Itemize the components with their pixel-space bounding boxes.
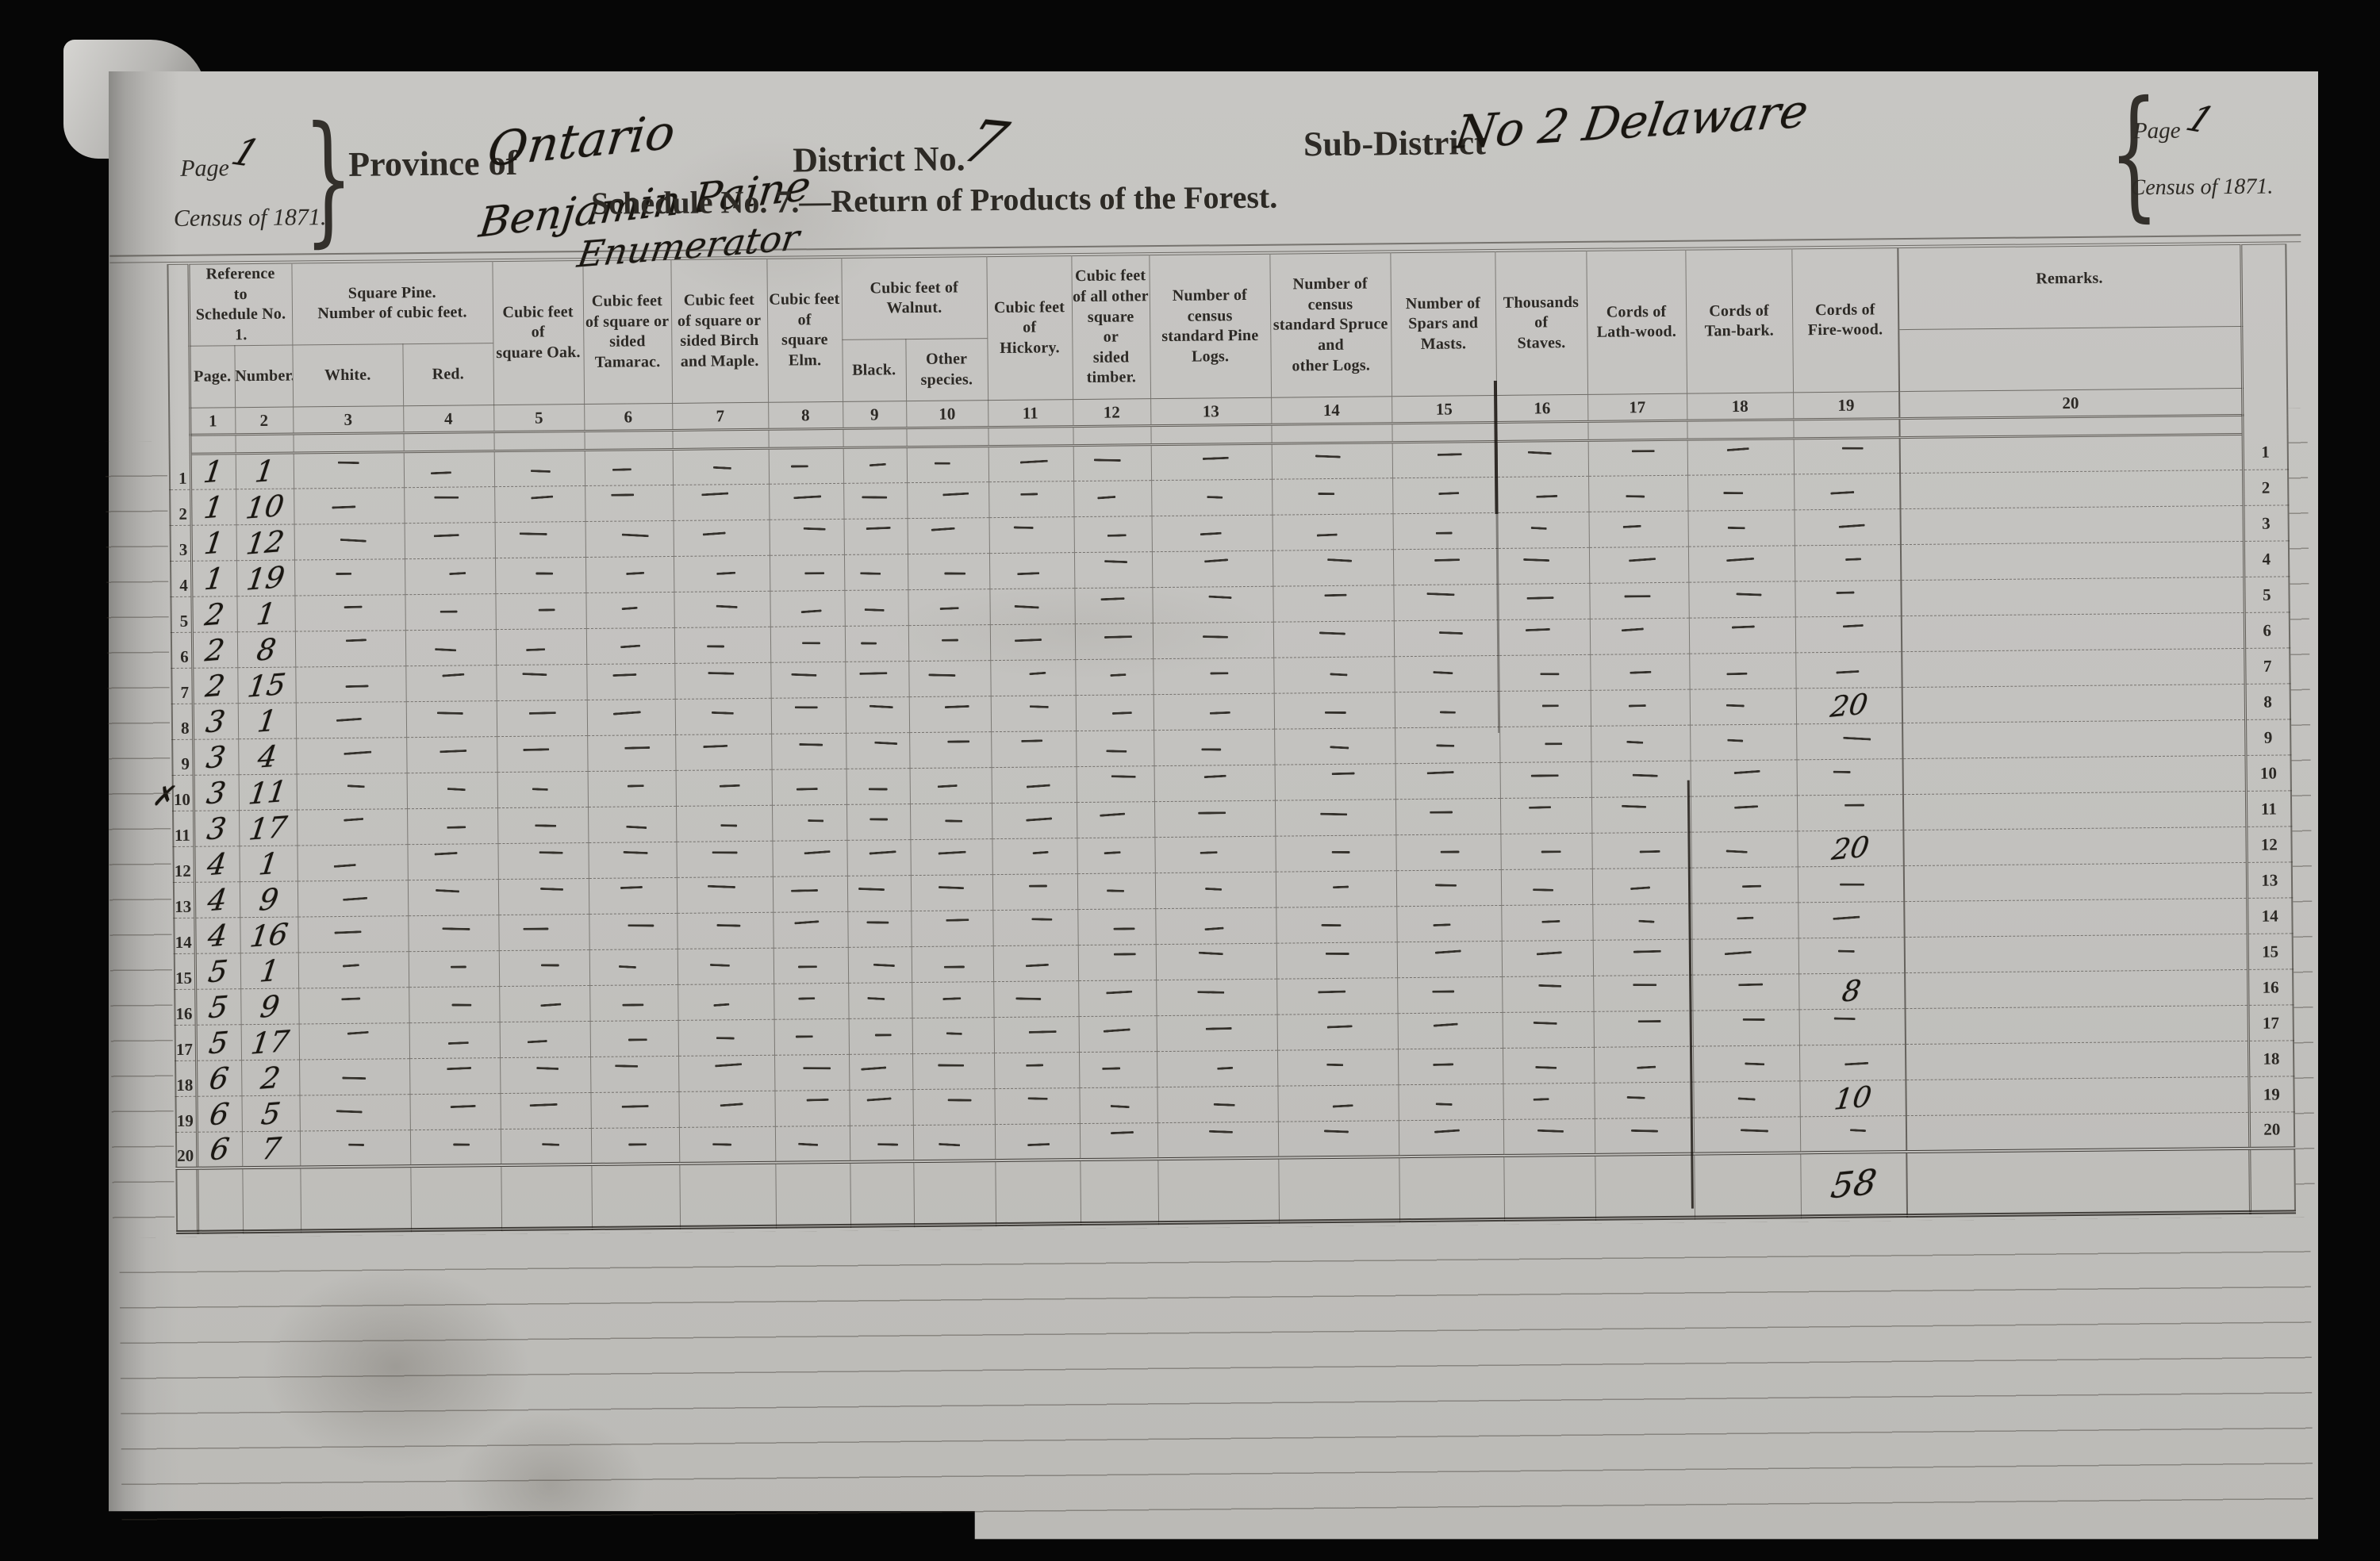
nil-cell bbox=[909, 696, 991, 733]
nil-dash-mark bbox=[1017, 572, 1039, 575]
nil-dash-mark bbox=[540, 965, 559, 967]
column-number: 6 bbox=[584, 404, 672, 431]
nil-cell bbox=[1276, 871, 1396, 907]
number-ref-value: 17 bbox=[247, 810, 289, 846]
nil-dash-mark bbox=[333, 864, 355, 868]
nil-cell bbox=[498, 879, 589, 915]
nil-cell bbox=[297, 809, 407, 846]
nil-cell bbox=[769, 448, 843, 485]
nil-dash-mark bbox=[1317, 534, 1338, 537]
nil-dash-mark bbox=[716, 605, 738, 608]
nil-dash-mark bbox=[1540, 673, 1559, 676]
number-ref-value: 1 bbox=[256, 846, 280, 882]
nil-cell bbox=[1157, 1122, 1278, 1160]
nil-cell bbox=[1693, 1045, 1799, 1082]
nil-cell bbox=[989, 517, 1074, 554]
nil-dash-mark bbox=[939, 851, 966, 855]
nil-cell bbox=[1073, 445, 1151, 481]
nil-dash-mark bbox=[947, 741, 969, 743]
nil-cell bbox=[1393, 513, 1498, 550]
nil-dash-mark bbox=[539, 888, 562, 891]
nil-dash-mark bbox=[719, 784, 739, 788]
nil-dash-mark bbox=[1433, 671, 1453, 674]
nil-cell bbox=[844, 590, 908, 627]
nil-cell bbox=[994, 1053, 1079, 1089]
nil-dash-mark bbox=[1323, 1130, 1348, 1133]
band-cell bbox=[1271, 424, 1392, 443]
nil-dash-mark bbox=[344, 818, 363, 822]
page-ref-value: 1 bbox=[202, 489, 226, 525]
nil-dash-mark bbox=[1014, 639, 1041, 642]
nil-cell bbox=[1688, 546, 1795, 582]
column-header: White. bbox=[292, 344, 403, 407]
nil-cell bbox=[1794, 438, 1900, 474]
page-ref-cell: 2 bbox=[191, 596, 236, 633]
nil-cell bbox=[676, 770, 772, 807]
column-header: Number of Spars and Masts. bbox=[1390, 251, 1496, 397]
nil-cell bbox=[1077, 909, 1155, 945]
nil-cell bbox=[585, 521, 674, 558]
row-line-number-right: 20 bbox=[2249, 1112, 2294, 1149]
nil-dash-mark bbox=[626, 572, 644, 575]
page-ref-value: 3 bbox=[205, 811, 228, 846]
nil-cell bbox=[774, 1019, 849, 1056]
nil-dash-mark bbox=[1839, 524, 1865, 528]
nil-cell bbox=[907, 447, 988, 483]
nil-cell bbox=[1499, 619, 1590, 656]
nil-dash-mark bbox=[944, 573, 965, 575]
nil-cell bbox=[300, 1130, 410, 1168]
number-ref-cell: 17 bbox=[239, 810, 297, 846]
nil-dash-mark bbox=[1210, 673, 1228, 675]
nil-dash-mark bbox=[1833, 771, 1850, 773]
nil-cell bbox=[1397, 942, 1502, 978]
nil-cell bbox=[675, 734, 771, 771]
row-line-number-right: 4 bbox=[2244, 541, 2289, 577]
nil-dash-mark bbox=[859, 672, 887, 675]
nil-dash-mark bbox=[1330, 673, 1347, 677]
nil-cell bbox=[409, 1058, 500, 1095]
nil-dash-mark bbox=[1843, 624, 1864, 627]
number-ref-value: 17 bbox=[249, 1024, 291, 1060]
nil-cell bbox=[677, 913, 773, 949]
total-empty-cell bbox=[501, 1164, 592, 1229]
page-ref-cell: 3 bbox=[194, 811, 239, 847]
nil-cell bbox=[1691, 831, 1797, 868]
nil-cell bbox=[775, 1126, 850, 1163]
column-number: 3 bbox=[293, 406, 403, 434]
number-ref-value: 8 bbox=[255, 632, 278, 668]
page-ref-value: 4 bbox=[205, 882, 229, 918]
nil-dash-mark bbox=[791, 673, 816, 677]
nil-dash-mark bbox=[942, 639, 958, 642]
nil-dash-mark bbox=[620, 645, 640, 649]
nil-dash-mark bbox=[808, 819, 823, 822]
number-ref-cell: 1 bbox=[236, 596, 294, 632]
nil-cell bbox=[848, 947, 912, 984]
nil-dash-mark bbox=[1533, 1022, 1557, 1025]
total-firewood-value: 58 bbox=[1829, 1162, 1879, 1206]
nil-dash-mark bbox=[540, 1003, 561, 1007]
nil-cell bbox=[1500, 762, 1591, 799]
nil-cell bbox=[846, 769, 910, 805]
column-number: 5 bbox=[493, 405, 584, 432]
nil-dash-mark bbox=[1529, 807, 1551, 810]
nil-dash-mark bbox=[539, 851, 563, 854]
number-ref-cell: 11 bbox=[239, 774, 297, 811]
nil-cell bbox=[1154, 730, 1274, 766]
band-cell bbox=[672, 430, 768, 450]
nil-dash-mark bbox=[1726, 673, 1747, 676]
nil-cell bbox=[295, 666, 405, 703]
row-line-number: 2 bbox=[170, 490, 190, 526]
nil-cell bbox=[678, 949, 773, 985]
number-ref-cell: 5 bbox=[241, 1095, 299, 1132]
nil-dash-mark bbox=[1536, 952, 1561, 956]
page-ref-cell: 5 bbox=[196, 1025, 241, 1061]
nil-dash-mark bbox=[1434, 559, 1460, 562]
nil-dash-mark bbox=[343, 897, 367, 901]
nil-cell bbox=[1691, 867, 1798, 903]
number-ref-cell: 1 bbox=[240, 953, 298, 989]
nil-cell bbox=[1591, 761, 1691, 798]
nil-cell bbox=[769, 484, 843, 520]
nil-dash-mark bbox=[529, 1103, 557, 1107]
nil-dash-mark bbox=[1523, 558, 1549, 562]
nil-cell bbox=[1798, 938, 1905, 974]
row-line-number: 19 bbox=[175, 1097, 196, 1133]
nil-cell bbox=[1153, 658, 1273, 695]
nil-dash-mark bbox=[1526, 596, 1553, 600]
nil-cell bbox=[992, 767, 1077, 804]
nil-dash-mark bbox=[708, 885, 735, 888]
nil-dash-mark bbox=[945, 820, 962, 823]
nil-dash-mark bbox=[1833, 916, 1860, 920]
nil-cell bbox=[495, 593, 585, 630]
nil-dash-mark bbox=[1733, 770, 1760, 774]
nil-cell bbox=[1503, 1119, 1595, 1156]
nil-dash-mark bbox=[434, 497, 459, 499]
nil-dash-mark bbox=[1208, 596, 1231, 600]
number-ref-value: 15 bbox=[245, 667, 287, 704]
page-ref-value: 1 bbox=[202, 561, 226, 596]
page-ref-cell: 5 bbox=[195, 989, 240, 1026]
nil-cell bbox=[406, 737, 497, 773]
nil-cell bbox=[1155, 873, 1276, 909]
remarks-cell bbox=[1903, 827, 2246, 866]
nil-dash-mark bbox=[1021, 740, 1042, 743]
nil-cell bbox=[989, 553, 1074, 589]
row-line-number-right: 14 bbox=[2247, 898, 2292, 934]
nil-cell bbox=[1151, 480, 1272, 516]
nil-dash-mark bbox=[716, 1037, 735, 1040]
nil-cell bbox=[677, 877, 773, 914]
nil-cell bbox=[674, 592, 770, 628]
total-empty-cell bbox=[1278, 1157, 1399, 1222]
row-line-number-right: 9 bbox=[2245, 719, 2290, 756]
band-cell bbox=[584, 431, 672, 451]
nil-cell bbox=[497, 807, 588, 844]
row-line-number: 4 bbox=[171, 562, 191, 597]
column-header: Cubic feet of square or sided Tamarac. bbox=[582, 259, 672, 404]
firewood-value: 8 bbox=[1841, 975, 1864, 1009]
nil-dash-mark bbox=[1621, 628, 1643, 632]
nil-cell bbox=[496, 629, 586, 665]
nil-dash-mark bbox=[703, 532, 726, 536]
nil-dash-mark bbox=[626, 826, 647, 829]
row-line-number: 15 bbox=[175, 954, 195, 990]
nil-dash-mark bbox=[628, 925, 654, 927]
row-line-number-right: 19 bbox=[2248, 1076, 2294, 1113]
nil-cell bbox=[1687, 439, 1794, 475]
nil-cell bbox=[294, 452, 404, 489]
page-ref-cell: 6 bbox=[197, 1132, 242, 1168]
nil-dash-mark bbox=[720, 824, 737, 827]
nil-cell bbox=[296, 738, 406, 774]
nil-dash-mark bbox=[1633, 950, 1661, 953]
nil-cell bbox=[1079, 1087, 1157, 1124]
number-ref-value: 11 bbox=[247, 774, 289, 811]
left-gutter-header bbox=[167, 264, 190, 454]
nil-cell bbox=[1589, 547, 1688, 584]
remarks-cell bbox=[1902, 720, 2245, 759]
nil-dash-mark bbox=[802, 642, 820, 645]
row-line-number-right: 12 bbox=[2246, 827, 2291, 863]
nil-dash-mark bbox=[1430, 811, 1453, 814]
nil-cell bbox=[409, 951, 499, 988]
nil-dash-mark bbox=[618, 965, 635, 968]
page-ref-cell: 3 bbox=[193, 704, 238, 740]
nil-cell bbox=[1151, 444, 1272, 481]
nil-dash-mark bbox=[434, 534, 459, 537]
group-header-square-pine: Square Pine. Number of cubic feet. bbox=[291, 262, 493, 346]
nil-dash-mark bbox=[434, 852, 457, 856]
nil-dash-mark bbox=[344, 751, 371, 756]
nil-cell bbox=[404, 487, 494, 524]
nil-dash-mark bbox=[442, 673, 464, 677]
nil-dash-mark bbox=[453, 1144, 470, 1146]
nil-dash-mark bbox=[1632, 450, 1655, 452]
nil-dash-mark bbox=[1026, 784, 1050, 788]
column-header: Page. bbox=[189, 346, 235, 408]
nil-dash-mark bbox=[943, 966, 964, 968]
nil-cell bbox=[770, 627, 845, 663]
nil-cell bbox=[1798, 902, 1904, 938]
nil-cell bbox=[1692, 938, 1798, 975]
nil-dash-mark bbox=[340, 539, 367, 543]
nil-cell bbox=[1691, 760, 1797, 796]
nil-dash-mark bbox=[1315, 455, 1341, 458]
nil-dash-mark bbox=[345, 639, 366, 642]
nil-dash-mark bbox=[869, 851, 896, 855]
page-number-left-handwritten: 1 bbox=[226, 131, 265, 174]
nil-dash-mark bbox=[612, 469, 631, 472]
nil-cell bbox=[1078, 980, 1156, 1017]
nil-cell bbox=[908, 518, 989, 554]
nil-cell bbox=[1799, 1045, 1906, 1081]
number-ref-value: 19 bbox=[244, 560, 286, 596]
nil-cell bbox=[585, 593, 674, 629]
nil-dash-mark bbox=[798, 966, 817, 968]
nil-cell bbox=[1795, 616, 1902, 653]
band-cell bbox=[293, 433, 403, 453]
nil-dash-mark bbox=[1201, 749, 1221, 751]
remarks-subheader-empty bbox=[1898, 327, 2242, 392]
nil-cell bbox=[993, 945, 1078, 982]
row-line-number: 17 bbox=[175, 1026, 196, 1061]
column-header: Black. bbox=[842, 339, 906, 402]
nil-dash-mark bbox=[720, 1103, 743, 1107]
nil-dash-mark bbox=[1627, 1096, 1645, 1099]
firewood-value-cell: 20 bbox=[1797, 830, 1903, 867]
nil-cell bbox=[1694, 1117, 1800, 1154]
nil-cell bbox=[773, 912, 847, 949]
nil-dash-mark bbox=[1110, 1131, 1133, 1134]
nil-dash-mark bbox=[1205, 1027, 1231, 1030]
column-number: 17 bbox=[1587, 394, 1687, 422]
nil-dash-mark bbox=[1202, 457, 1228, 460]
row-line-number-right: 11 bbox=[2246, 791, 2291, 827]
nil-dash-mark bbox=[1433, 924, 1450, 927]
nil-cell bbox=[1394, 656, 1499, 692]
number-ref-value: 10 bbox=[244, 489, 286, 525]
row-line-number-right: 13 bbox=[2247, 862, 2292, 899]
nil-dash-mark bbox=[1106, 750, 1127, 754]
band-cell bbox=[403, 432, 493, 452]
nil-cell bbox=[1074, 516, 1152, 553]
nil-cell bbox=[405, 594, 495, 631]
nil-dash-mark bbox=[1736, 593, 1761, 596]
nil-cell bbox=[907, 482, 988, 519]
left-brace: } bbox=[303, 108, 354, 250]
band-cell bbox=[1587, 421, 1687, 441]
nil-cell bbox=[1503, 1048, 1594, 1084]
nil-dash-mark bbox=[1837, 670, 1860, 674]
nil-cell bbox=[1397, 977, 1502, 1014]
total-empty-cell bbox=[1157, 1158, 1279, 1222]
nil-cell bbox=[1399, 1120, 1503, 1157]
nil-dash-mark bbox=[804, 527, 826, 531]
nil-cell bbox=[294, 595, 405, 631]
right-gutter-header bbox=[2240, 244, 2287, 435]
nil-dash-mark bbox=[336, 718, 361, 722]
nil-dash-mark bbox=[1623, 525, 1641, 528]
page-ref-cell: 2 bbox=[192, 632, 237, 669]
nil-dash-mark bbox=[1731, 626, 1754, 629]
nil-dash-mark bbox=[858, 888, 884, 891]
nil-cell bbox=[1277, 1049, 1398, 1086]
nil-dash-mark bbox=[1538, 984, 1561, 988]
column-header: Cords of Tan-bark. bbox=[1685, 249, 1793, 394]
remarks-cell bbox=[1901, 542, 2244, 581]
page-label-right: Page bbox=[2133, 119, 2181, 144]
total-firewood-cell: 58 bbox=[1800, 1152, 1907, 1216]
row-line-number-right: 2 bbox=[2243, 470, 2288, 506]
nil-dash-mark bbox=[1541, 920, 1560, 923]
nil-cell bbox=[294, 559, 405, 596]
nil-cell bbox=[1274, 728, 1395, 765]
band-cell bbox=[190, 435, 235, 454]
nil-cell bbox=[1276, 978, 1397, 1014]
number-ref-cell: 8 bbox=[237, 631, 295, 668]
nil-dash-mark bbox=[1106, 991, 1132, 995]
nil-dash-mark bbox=[791, 466, 808, 468]
nil-cell bbox=[297, 773, 407, 810]
nil-dash-mark bbox=[341, 998, 360, 1001]
nil-dash-mark bbox=[1737, 917, 1753, 920]
nil-cell bbox=[910, 804, 992, 840]
nil-cell bbox=[1502, 976, 1593, 1013]
nil-dash-mark bbox=[1031, 919, 1052, 922]
nil-dash-mark bbox=[519, 533, 547, 536]
nil-cell bbox=[844, 519, 908, 555]
nil-dash-mark bbox=[1838, 950, 1855, 953]
nil-dash-mark bbox=[615, 1065, 638, 1068]
nil-dash-mark bbox=[613, 711, 641, 716]
nil-dash-mark bbox=[1111, 1105, 1130, 1108]
page-ref-value: 5 bbox=[207, 989, 231, 1025]
page-ref-value: 1 bbox=[202, 454, 225, 490]
row-line-number: 1 bbox=[170, 454, 190, 490]
nil-cell bbox=[1272, 478, 1392, 515]
nil-cell bbox=[848, 983, 912, 1019]
row-line-number: 14 bbox=[174, 919, 194, 954]
nil-cell bbox=[673, 449, 769, 485]
nil-cell bbox=[843, 483, 907, 520]
scan-background: Page 1 Census of 1871. } Province of Ont… bbox=[0, 0, 2380, 1561]
nil-dash-mark bbox=[621, 534, 648, 538]
number-ref-value: 5 bbox=[259, 1096, 282, 1132]
nil-cell bbox=[770, 591, 844, 627]
column-header: Cubic feet of Hickory. bbox=[986, 256, 1073, 401]
nil-dash-mark bbox=[861, 642, 877, 645]
remarks-cell bbox=[1905, 970, 2248, 1009]
nil-dash-mark bbox=[1834, 1018, 1856, 1021]
nil-cell bbox=[500, 1022, 590, 1058]
nil-dash-mark bbox=[535, 573, 553, 575]
nil-dash-mark bbox=[1107, 535, 1127, 538]
row-line-number-right: 17 bbox=[2248, 1005, 2294, 1041]
nil-dash-mark bbox=[621, 1105, 648, 1108]
number-ref-cell: 2 bbox=[241, 1060, 299, 1096]
nil-dash-mark bbox=[447, 788, 465, 791]
nil-dash-mark bbox=[1015, 998, 1041, 1001]
nil-cell bbox=[499, 950, 589, 987]
nil-cell bbox=[1277, 1085, 1398, 1122]
nil-cell bbox=[1275, 764, 1395, 800]
nil-cell bbox=[587, 700, 675, 736]
nil-cell bbox=[1594, 1011, 1693, 1048]
column-header: Thousands of Staves. bbox=[1495, 251, 1587, 395]
nil-cell bbox=[1795, 509, 1901, 546]
number-ref-cell: 16 bbox=[240, 917, 297, 953]
nil-cell bbox=[410, 1130, 501, 1167]
nil-dash-mark bbox=[794, 707, 817, 709]
nil-dash-mark bbox=[934, 462, 950, 465]
nil-cell bbox=[673, 485, 769, 521]
nil-cell bbox=[850, 1126, 913, 1162]
nil-dash-mark bbox=[346, 685, 369, 688]
nil-dash-mark bbox=[1637, 1066, 1656, 1069]
nil-cell bbox=[1157, 1051, 1277, 1087]
nil-cell bbox=[1588, 440, 1687, 477]
nil-cell bbox=[1154, 801, 1275, 838]
nil-cell bbox=[770, 662, 845, 699]
nil-dash-mark bbox=[1438, 492, 1459, 495]
page-ref-value: 5 bbox=[207, 1025, 231, 1060]
nil-cell bbox=[772, 769, 846, 806]
number-ref-cell: 15 bbox=[237, 667, 295, 704]
